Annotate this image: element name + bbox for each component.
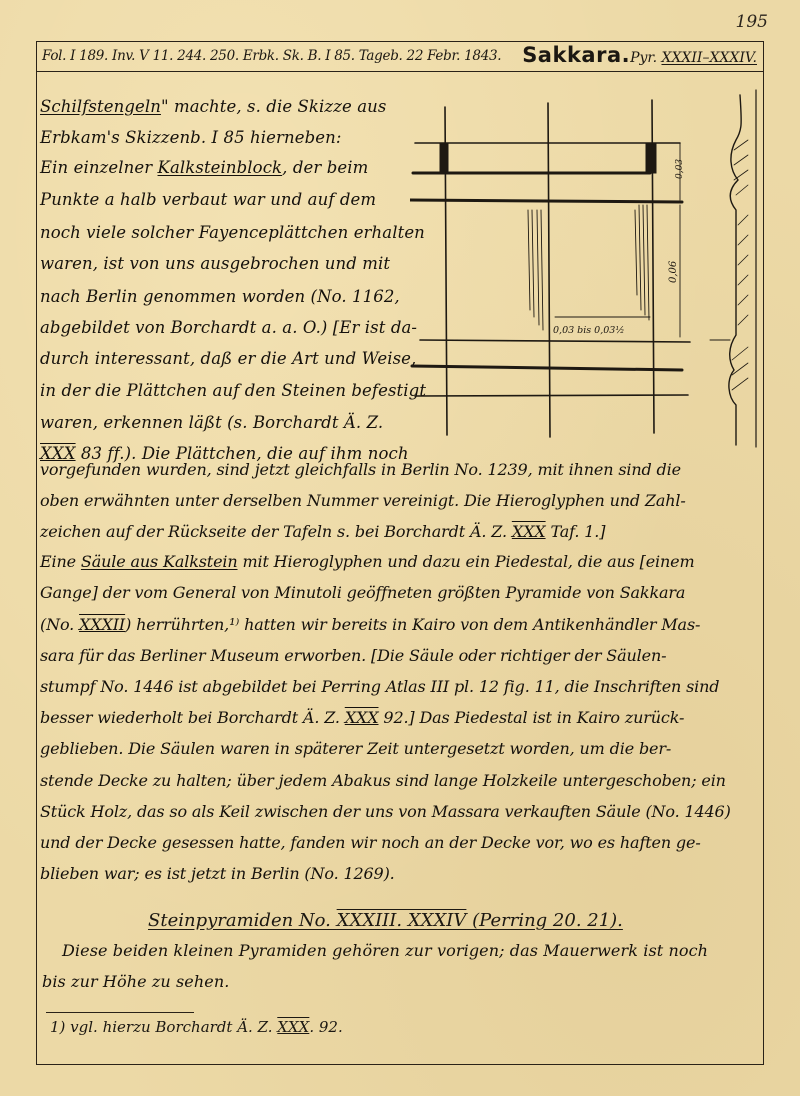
- body-line: und der Decke gesessen hatte, fanden wir…: [40, 833, 701, 852]
- body-line-text: in der die Plättchen auf den Steinen bef…: [40, 381, 426, 400]
- body-line-text: abgebildet von Borchardt a. a. O.) [Er i…: [40, 318, 417, 337]
- body-line-text: blieben war; es ist jetzt in Berlin (No.…: [40, 864, 395, 883]
- pyramids-prefix: Pyr.: [630, 50, 661, 66]
- body-line-text: oben erwähnten unter derselben Nummer ve…: [40, 491, 686, 510]
- body-line: in der die Plättchen auf den Steinen bef…: [40, 381, 426, 400]
- body-line: Gange] der vom General von Minutoli geöf…: [40, 583, 685, 602]
- footnote-volume: XXX: [277, 1018, 309, 1036]
- body-line: geblieben. Die Säulen waren in späterer …: [40, 739, 671, 758]
- body-line: Punkte a halb verbaut war und auf dem: [40, 190, 376, 209]
- body-line-text: mit Hieroglyphen und dazu ein Piedestal,…: [238, 552, 695, 571]
- body-line: blieben war; es ist jetzt in Berlin (No.…: [40, 864, 395, 883]
- body-line: (No. XXXII) herrührten,¹⁾ hatten wir ber…: [40, 615, 700, 634]
- body-line-text: (No.: [40, 615, 79, 634]
- body-line-text: durch interessant, daß er die Art und We…: [40, 349, 416, 368]
- body-line: Eine Säule aus Kalkstein mit Hieroglyphe…: [40, 552, 695, 571]
- body-line-text: Ein einzelner: [40, 158, 158, 177]
- body-line-emphasis: XXX: [512, 522, 546, 541]
- body-line: zeichen auf der Rückseite der Tafeln s. …: [40, 522, 605, 541]
- footnote: 1) vgl. hierzu Borchardt Ä. Z. XXX. 92.: [50, 1018, 343, 1036]
- body-line-emphasis: XXX: [345, 708, 379, 727]
- body-line: sara für das Berliner Museum erworben. […: [40, 646, 666, 665]
- dimension-label-top: 0,03: [675, 159, 685, 179]
- footnote-post: . 92.: [309, 1018, 342, 1036]
- body-line-emphasis: Schilfstengeln: [40, 97, 161, 116]
- body-line-text: und der Decke gesessen hatte, fanden wir…: [40, 833, 701, 852]
- body-line: stumpf No. 1446 ist abgebildet bei Perri…: [40, 677, 719, 696]
- body-line-text: , der beim: [282, 158, 368, 177]
- body-line-text: nach Berlin genommen worden (No. 1162,: [40, 287, 400, 306]
- body-line-text: geblieben. Die Säulen waren in späterer …: [40, 739, 671, 758]
- body-line-text: ) herrührten,¹⁾ hatten wir bereits in Ka…: [125, 615, 700, 634]
- section-heading-numbers: XXXIII. XXXIV: [337, 910, 467, 931]
- pyramids-range: XXXII–XXXIV.: [661, 50, 757, 66]
- body-line-text: 92.] Das Piedestal ist in Kairo zurück-: [378, 708, 684, 727]
- page-header: Fol. I 189. Inv. V 11. 244. 250. Erbk. S…: [37, 42, 763, 72]
- section-heading-pre: Steinpyramiden No.: [148, 910, 337, 931]
- body-line-text: Gange] der vom General von Minutoli geöf…: [40, 583, 685, 602]
- body-line: Schilfstengeln" machte, s. die Skizze au…: [40, 97, 386, 116]
- footnote-pre: 1) vgl. hierzu Borchardt Ä. Z.: [50, 1018, 277, 1036]
- dimension-label-bottom: 0,03 bis 0,03½: [553, 325, 625, 336]
- body-line: oben erwähnten unter derselben Nummer ve…: [40, 491, 686, 510]
- body-line-emphasis: Kalksteinblock: [158, 158, 283, 177]
- body-line: durch interessant, daß er die Art und We…: [40, 349, 416, 368]
- body-line-text: noch viele solcher Fayenceplättchen erha…: [40, 223, 425, 242]
- body-line: Stück Holz, das so als Keil zwischen der…: [40, 802, 731, 821]
- body-line: Ein einzelner Kalksteinblock, der beim: [40, 158, 368, 177]
- body-line-text: " machte, s. die Skizze aus: [161, 97, 386, 116]
- page-number: 195: [728, 12, 768, 32]
- body-line: abgebildet von Borchardt a. a. O.) [Er i…: [40, 318, 417, 337]
- section-heading: Steinpyramiden No. XXXIII. XXXIV (Perrin…: [148, 910, 623, 931]
- body-line-text: Eine: [40, 552, 81, 571]
- body-line-text: vorgefunden wurden, sind jetzt gleichfal…: [40, 460, 681, 479]
- header-site: Sakkara.Pyr. XXXII–XXXIV.: [522, 43, 757, 67]
- body-line: waren, erkennen läßt (s. Borchardt Ä. Z.: [40, 413, 383, 432]
- body-line-emphasis: Säule aus Kalkstein: [81, 552, 238, 571]
- body-line-text: stende Decke zu halten; über jedem Abaku…: [40, 771, 726, 790]
- body-line-text: waren, erkennen läßt (s. Borchardt Ä. Z.: [40, 413, 383, 432]
- section-heading-post: (Perring 20. 21).: [466, 910, 623, 931]
- body-line: nach Berlin genommen worden (No. 1162,: [40, 287, 400, 306]
- body-line: waren, ist von uns ausgebrochen und mit: [40, 254, 390, 273]
- body-line-text: stumpf No. 1446 ist abgebildet bei Perri…: [40, 677, 719, 696]
- body-line-text: Punkte a halb verbaut war und auf dem: [40, 190, 376, 209]
- body-line-text: Taf. 1.]: [546, 522, 606, 541]
- section-line: Diese beiden kleinen Pyramiden gehören z…: [62, 941, 708, 960]
- body-line-emphasis: XXXII: [79, 615, 125, 634]
- body-line-text: Erbkam's Skizzenb. I 85 hierneben:: [40, 128, 342, 147]
- body-line: Erbkam's Skizzenb. I 85 hierneben:: [40, 128, 342, 147]
- body-line-text: sara für das Berliner Museum erworben. […: [40, 646, 666, 665]
- footnote-rule: [46, 1012, 194, 1013]
- body-line-text: waren, ist von uns ausgebrochen und mit: [40, 254, 390, 273]
- sketch-tile-grid: 0,03 0,06 0,03 bis 0,03½: [410, 85, 780, 455]
- body-line-text: Stück Holz, das so als Keil zwischen der…: [40, 802, 731, 821]
- header-reference: Fol. I 189. Inv. V 11. 244. 250. Erbk. S…: [42, 48, 501, 64]
- body-line-text: besser wiederholt bei Borchardt Ä. Z.: [40, 708, 345, 727]
- body-line: noch viele solcher Fayenceplättchen erha…: [40, 223, 425, 242]
- dimension-label-side: 0,06: [668, 260, 679, 283]
- site-name: Sakkara.: [522, 43, 630, 67]
- body-line: vorgefunden wurden, sind jetzt gleichfal…: [40, 460, 681, 479]
- body-line: besser wiederholt bei Borchardt Ä. Z. XX…: [40, 708, 684, 727]
- body-line-text: zeichen auf der Rückseite der Tafeln s. …: [40, 522, 512, 541]
- section-line: bis zur Höhe zu sehen.: [42, 972, 229, 991]
- body-line: stende Decke zu halten; über jedem Abaku…: [40, 771, 726, 790]
